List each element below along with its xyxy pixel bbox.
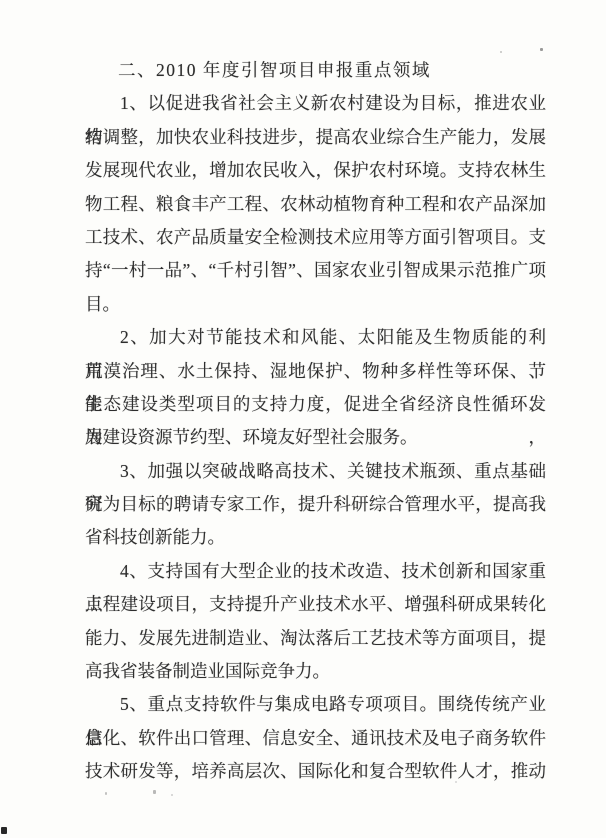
text-line: 技术研发等，培养高层次、国际化和复合型软件人才，推动 <box>85 755 546 788</box>
section-heading: 二、2010 年度引智项目申报重点领域 <box>118 54 546 87</box>
document-content: 二、2010 年度引智项目申报重点领域 1、以促进我省社会主义新农村建设为目标，… <box>85 54 546 789</box>
scan-speck <box>105 792 107 795</box>
text-line: 生态建设类型项目的支持力度，促进全省经济良性循环发展， <box>85 388 546 421</box>
text-line: 息化、软件出口管理、信息安全、通讯技术及电子商务软件 <box>85 722 546 755</box>
paragraph: 2、加大对节能技术和风能、太阳能及生物质能的利用、荒漠治理、水土保持、湿地保护、… <box>85 321 546 455</box>
scan-speck <box>1 827 7 834</box>
scanned-page: 二、2010 年度引智项目申报重点领域 1、以促进我省社会主义新农村建设为目标，… <box>0 0 606 838</box>
text-line: 4、支持国有大型企业的技术改造、技术创新和国家重点 <box>85 555 546 588</box>
paragraph: 3、加强以突破战略高技术、关键技术瓶颈、重点基础研究为目标的聘请专家工作，提升科… <box>85 455 546 555</box>
scan-speck <box>171 794 173 796</box>
text-line: 究为目标的聘请专家工作，提升科研综合管理水平，提高我 <box>85 488 546 521</box>
scan-speck <box>153 790 156 794</box>
scan-speck <box>540 48 543 51</box>
text-line: 持“一村一品”、“千村引智”、国家农业引智成果示范推广项 <box>85 254 546 287</box>
text-line: 构调整，加快农业科技进步，提高农业综合生产能力，发展 <box>85 121 546 154</box>
paragraph: 1、以促进我省社会主义新农村建设为目标，推进农业结构调整，加快农业科技进步，提高… <box>85 87 546 321</box>
text-line: 高我省装备制造业国际竞争力。 <box>85 655 546 688</box>
text-line: 5、重点支持软件与集成电路专项项目。围绕传统产业信 <box>85 688 546 721</box>
paragraph: 5、重点支持软件与集成电路专项项目。围绕传统产业信息化、软件出口管理、信息安全、… <box>85 688 546 788</box>
text-line: 1、以促进我省社会主义新农村建设为目标，推进农业结 <box>85 87 546 120</box>
text-line: 目。 <box>85 288 546 321</box>
text-line: 能力、发展先进制造业、淘汰落后工艺技术等方面项目，提 <box>85 622 546 655</box>
text-line: 2、加大对节能技术和风能、太阳能及生物质能的利用、 <box>85 321 546 354</box>
text-line: 3、加强以突破战略高技术、关键技术瓶颈、重点基础研 <box>85 455 546 488</box>
text-line: 工技术、农产品质量安全检测技术应用等方面引智项目。支 <box>85 221 546 254</box>
scan-speck <box>500 51 502 53</box>
text-line: 物工程、粮食丰产工程、农林动植物育种工程和农产品深加 <box>85 188 546 221</box>
text-line: 省科技创新能力。 <box>85 521 546 554</box>
text-line: 发展现代农业，增加农民收入，保护农村环境。支持农林生 <box>85 154 546 187</box>
document-body: 1、以促进我省社会主义新农村建设为目标，推进农业结构调整，加快农业科技进步，提高… <box>85 87 546 788</box>
text-line: 工程建设项目，支持提升产业技术水平、增强科研成果转化 <box>85 588 546 621</box>
paragraph: 4、支持国有大型企业的技术改造、技术创新和国家重点工程建设项目，支持提升产业技术… <box>85 555 546 689</box>
text-line: 荒漠治理、水土保持、湿地保护、物种多样性等环保、节能、 <box>85 355 546 388</box>
